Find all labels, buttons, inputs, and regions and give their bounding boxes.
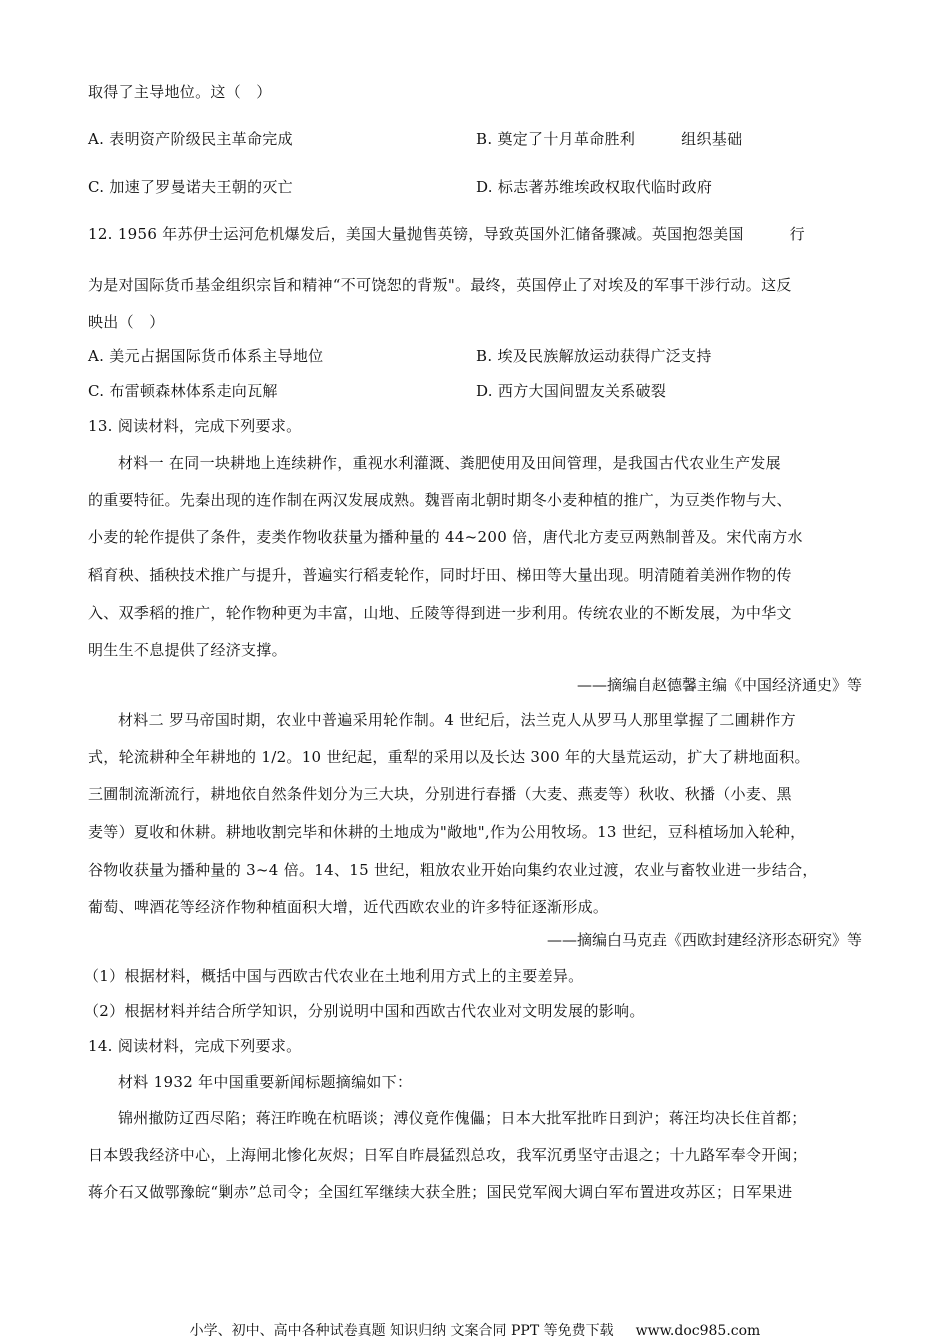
q12-option-b: B. 埃及民族解放运动获得广泛支持 xyxy=(476,346,712,366)
q12-stem-line2: 为是对国际货币基金组织宗旨和精神“不可饶恕的背叛"。最终，英国停止了对埃及的军事… xyxy=(88,275,792,295)
q11-option-b-label: B. 奠定了十月革命胜利 xyxy=(476,130,635,148)
q13-title: 13. 阅读材料，完成下列要求。 xyxy=(88,416,301,436)
q13-material2-line: 三圃制流渐流行，耕地依自然条件划分为三大块，分别进行春播（大麦、燕麦等）秋收、秋… xyxy=(88,784,792,804)
q14-headline-line: 蒋介石又做鄂豫皖“剿赤”总司令；全国红军继续大获全胜；国民党军阀大调白军布置进攻… xyxy=(88,1182,792,1202)
q12-option-a: A. 美元占据国际货币体系主导地位 xyxy=(88,346,323,366)
q13-material1-line: 明生生不息提供了经济支撑。 xyxy=(88,640,287,660)
footer-text: 小学、初中、高中各种试卷真题 知识归纳 文案合同 PPT 等免费下载 xyxy=(190,1323,614,1339)
q11-option-d: D. 标志著苏维埃政权取代临时政府 xyxy=(476,177,712,197)
q12-option-c: C. 布雷顿森林体系走向瓦解 xyxy=(88,381,278,401)
q14-headline-line: 日本毁我经济中心，上海闸北惨化灰烬；日军自昨晨猛烈总攻，我军沉勇坚守击退之；十九… xyxy=(88,1145,807,1165)
q11-option-b-tail: 组织基础 xyxy=(681,130,742,148)
q12-stem-line3: 映出（ ） xyxy=(88,312,165,332)
q13-material2-line: 葡萄、啤酒花等经济作物种植面积大增，近代西欧农业的许多特征逐渐形成。 xyxy=(88,897,608,917)
q13-material2-line: 麦等）夏收和休耕。耕地收割完毕和休耕的土地成为"敞地",作为公用牧场。13 世纪… xyxy=(88,822,805,842)
q13-subquestion-2: （2）根据材料并结合所学知识，分别说明中国和西欧古代农业对文明发展的影响。 xyxy=(84,1001,645,1021)
q12-stem-line1-text: 12. 1956 年苏伊士运河危机爆发后，美国大量抛售英镑，导致英国外汇储备骤减… xyxy=(88,225,744,243)
q13-material1-line: 小麦的轮作提供了条件，麦类作物收获量为播种量的 44~200 倍，唐代北方麦豆两… xyxy=(88,527,803,547)
q13-material2-line: 材料二 罗马帝国时期，农业中普遍采用轮作制。4 世纪后，法兰克人从罗马人那里掌握… xyxy=(118,710,796,730)
q11-option-a: A. 表明资产阶级民主革命完成 xyxy=(88,129,293,149)
q12-option-d: D. 西方大国间盟友关系破裂 xyxy=(476,381,666,401)
page-footer: 小学、初中、高中各种试卷真题 知识归纳 文案合同 PPT 等免费下载www.do… xyxy=(0,1322,950,1340)
q11-stem-tail: 取得了主导地位。这（ ） xyxy=(88,82,272,102)
q14-title: 14. 阅读材料，完成下列要求。 xyxy=(88,1036,301,1056)
q13-subquestion-1: （1）根据材料，概括中国与西欧古代农业在土地利用方式上的主要差异。 xyxy=(84,966,583,986)
q11-option-b: B. 奠定了十月革命胜利组织基础 xyxy=(476,129,742,149)
q13-source2: ——摘编白马克垚《西欧封建经济形态研究》等 xyxy=(547,930,862,950)
q11-option-c: C. 加速了罗曼诺夫王朝的灭亡 xyxy=(88,177,293,197)
q13-source1: ——摘编自赵德馨主编《中国经济通史》等 xyxy=(577,675,862,695)
q12-stem-line1: 12. 1956 年苏伊士运河危机爆发后，美国大量抛售英镑，导致英国外汇储备骤减… xyxy=(88,224,805,244)
q13-material2-line: 谷物收获量为播种量的 3~4 倍。14、15 世纪，粗放农业开始向集约农业过渡，… xyxy=(88,860,818,880)
q13-material1-line: 材料一 在同一块耕地上连续耕作，重视水利灌溉、粪肥使用及田间管理，是我国古代农业… xyxy=(118,453,781,473)
document-page: 取得了主导地位。这（ ） A. 表明资产阶级民主革命完成 B. 奠定了十月革命胜… xyxy=(0,0,950,1344)
q12-stem-line1-tail: 行 xyxy=(790,225,805,243)
q13-material1-line: 稻育秧、插秧技术推广与提升，普遍实行稻麦轮作，同时圩田、梯田等大量出现。明清随着… xyxy=(88,565,792,585)
footer-url-link[interactable]: www.doc985.com xyxy=(636,1323,761,1339)
q13-material2-line: 式，轮流耕种全年耕地的 1/2。10 世纪起，重犁的采用以及长达 300 年的大… xyxy=(88,747,810,767)
q13-material1-line: 入、双季稻的推广，轮作物种更为丰富，山地、丘陵等得到进一步利用。传统农业的不断发… xyxy=(88,603,792,623)
q14-headline-line: 锦州撤防辽西尽陷；蒋汪昨晚在杭晤谈；溥仪竟作傀儡；日本大批军批昨日到沪；蒋汪均决… xyxy=(118,1108,807,1128)
q14-material-intro: 材料 1932 年中国重要新闻标题摘编如下： xyxy=(118,1072,412,1092)
q13-material1-line: 的重要特征。先秦出现的连作制在两汉发展成熟。魏晋南北朝时期冬小麦种植的推广，为豆… xyxy=(88,490,792,510)
